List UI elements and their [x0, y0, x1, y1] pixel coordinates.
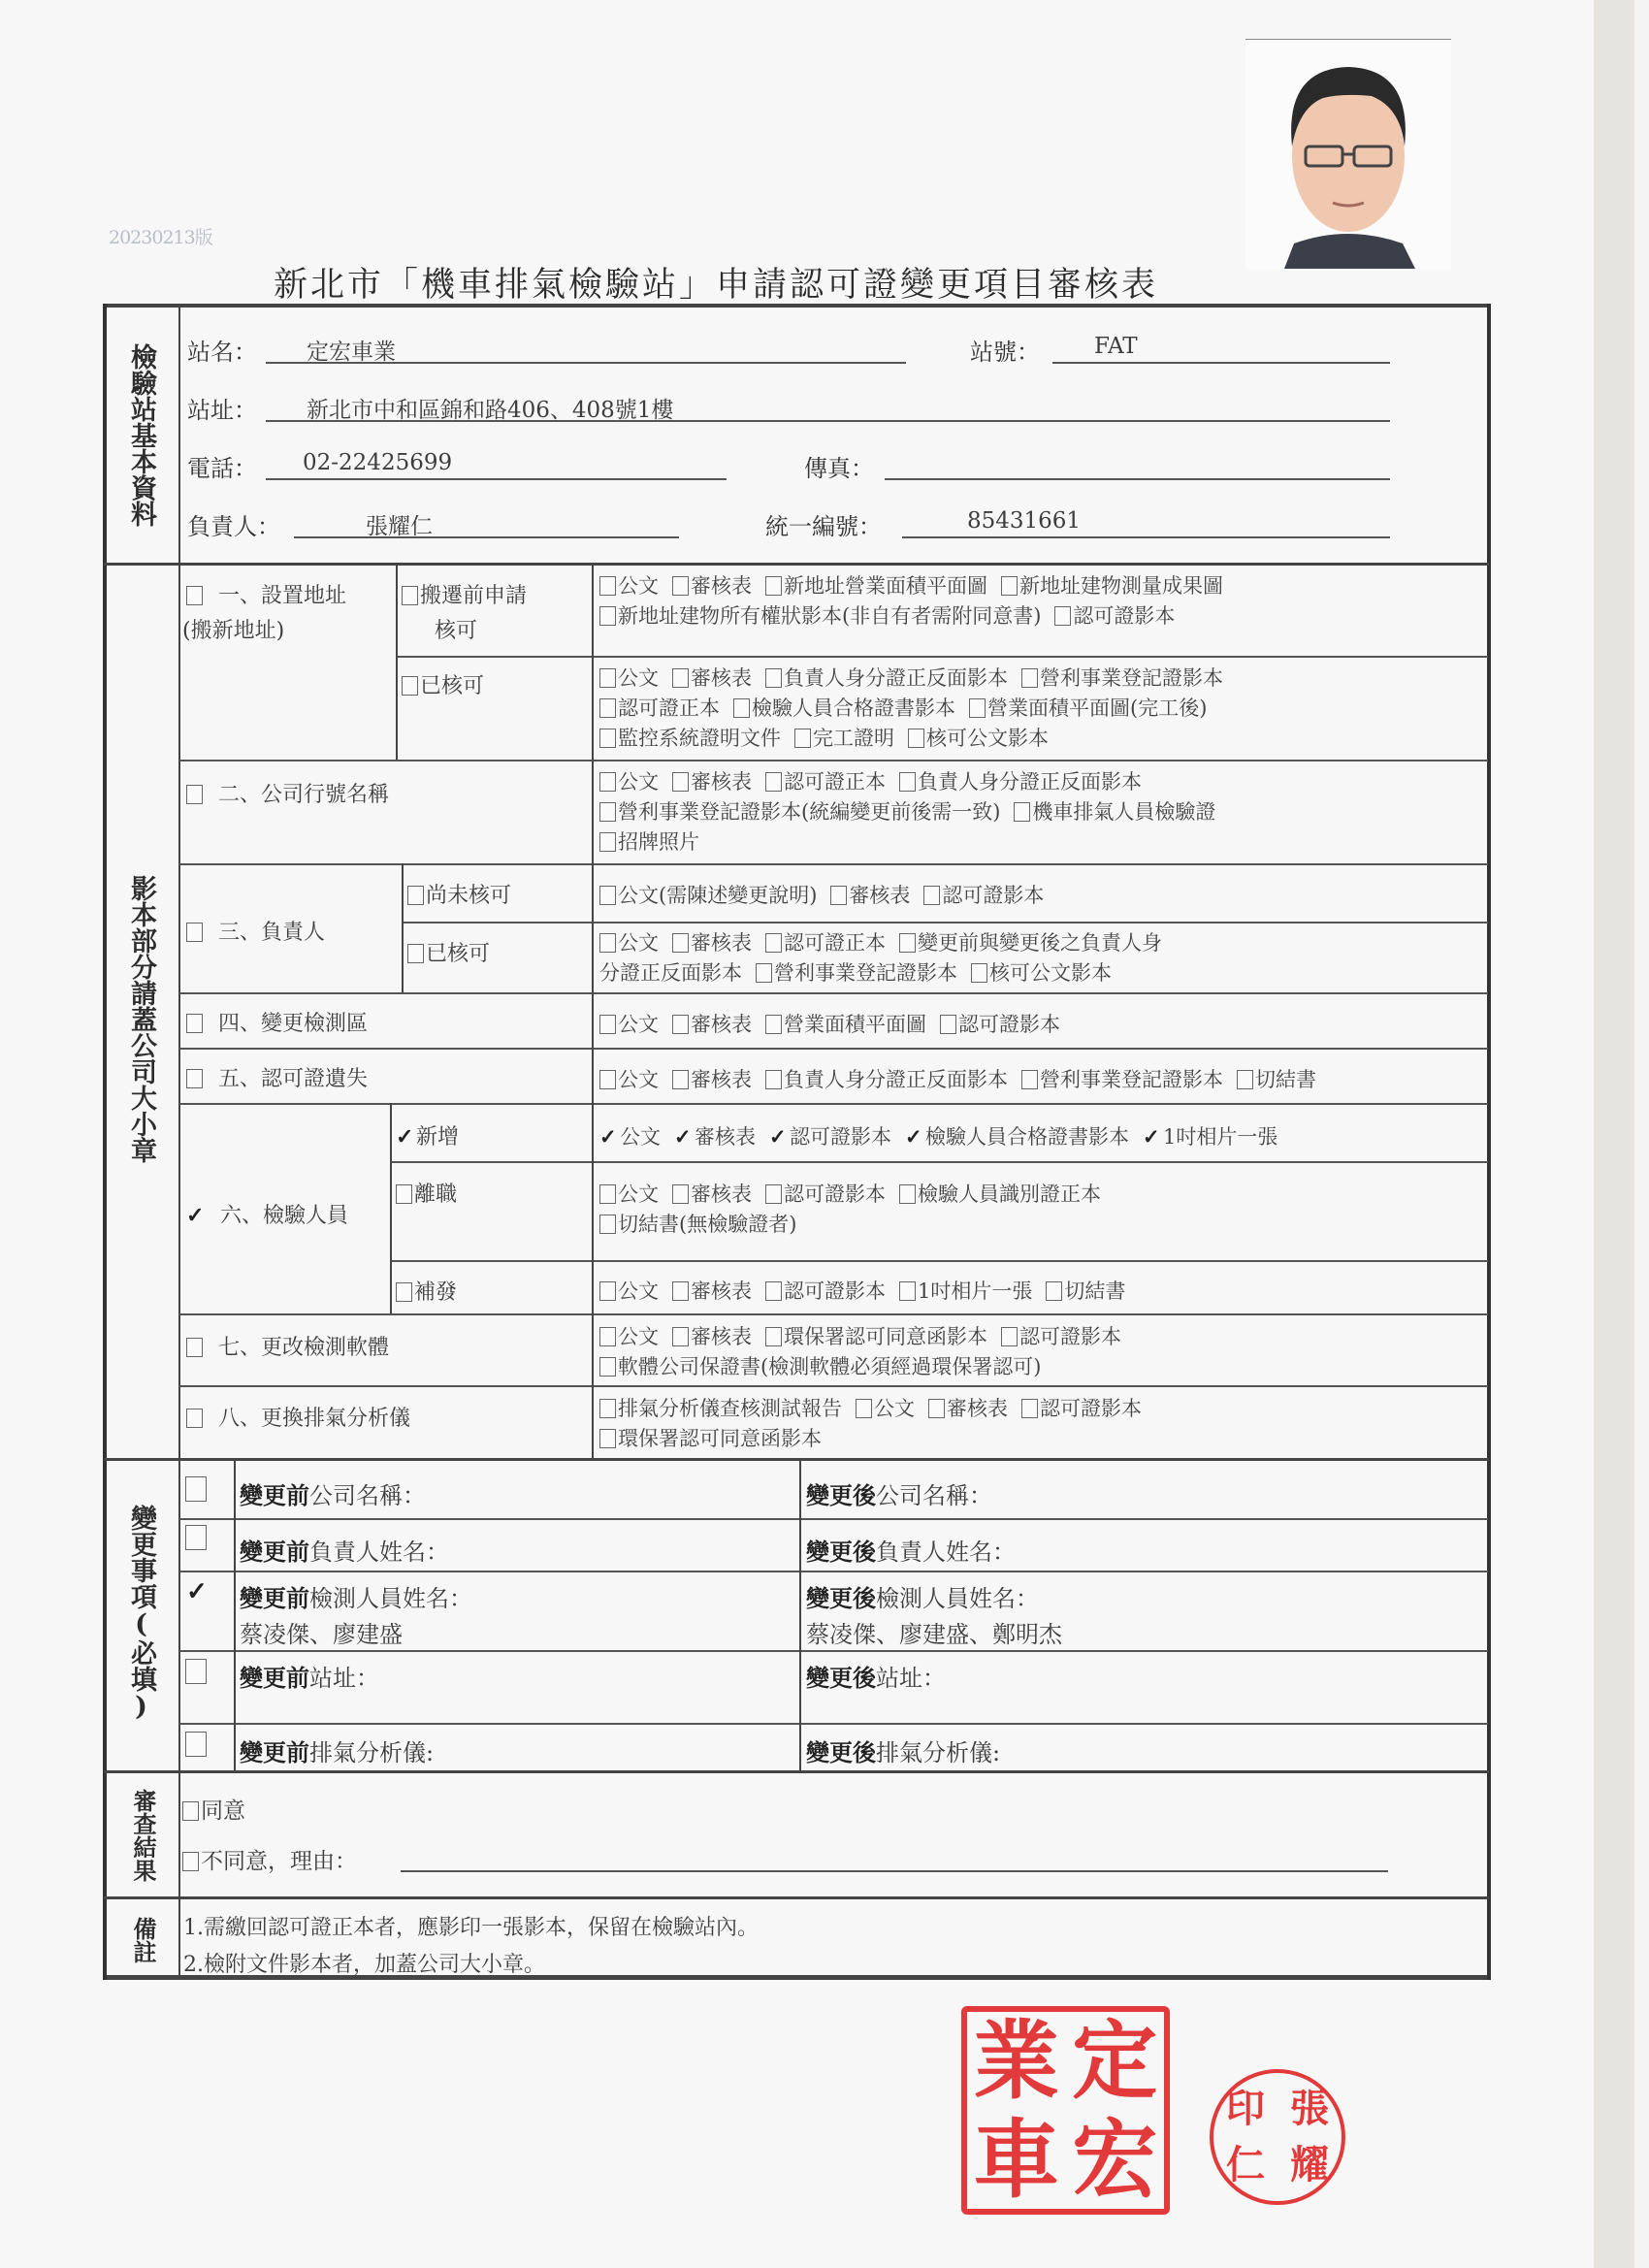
doc-checkbox-item[interactable]: 監控系統證明文件: [599, 727, 781, 750]
doc-label: 公文: [618, 574, 659, 598]
checkbox[interactable]: [599, 1399, 616, 1418]
checkbox[interactable]: [599, 698, 616, 718]
doc-label: 核可公文影本: [989, 961, 1112, 985]
item-6-inspectors[interactable]: ✓ 六、檢驗人員: [186, 1199, 348, 1229]
doc-label: 認可證正本: [784, 931, 886, 955]
change-after-owner[interactable]: 變更後負責人姓名：: [806, 1533, 1016, 1567]
doc-checkbox-item[interactable]: 公文: [599, 1183, 659, 1206]
checkbox[interactable]: [186, 1069, 203, 1088]
doc-label: 切結書: [1255, 1068, 1316, 1091]
doc-label: 審核表: [691, 1013, 752, 1036]
doc-checkbox-item[interactable]: 環保署認可同意函影本: [765, 1325, 987, 1348]
doclist-8: 排氣分析儀查核測試報告公文審核表認可證影本環保署認可同意函影本: [599, 1393, 1155, 1453]
checkbox[interactable]: [899, 933, 916, 953]
doc-checkbox-item[interactable]: 檢驗人員識別證正本: [899, 1183, 1101, 1206]
doc-label: 審核表: [691, 1325, 752, 1348]
doc-checkbox-item[interactable]: 認可證正本: [599, 697, 720, 720]
section-label-basic-info: 檢驗站基本資料: [124, 312, 157, 557]
doc-checkbox-item[interactable]: 公文: [599, 1325, 659, 1348]
doc-label: 公文(需陳述變更說明): [618, 884, 817, 907]
checkbox[interactable]: [899, 1281, 916, 1301]
doc-label: 監控系統證明文件: [618, 727, 781, 750]
checkbox[interactable]: [599, 802, 616, 822]
checkbox[interactable]: [186, 1014, 203, 1033]
doc-checkbox-item[interactable]: 1吋相片一張: [899, 1280, 1032, 1303]
doc-checkbox-item[interactable]: 環保署認可同意函影本: [599, 1427, 822, 1450]
checkbox[interactable]: [1021, 668, 1038, 688]
checkbox[interactable]: [599, 1215, 616, 1234]
doc-label: 檢驗人員合格證書影本: [752, 697, 955, 720]
checkbox[interactable]: [599, 1184, 616, 1204]
doc-checkbox-item[interactable]: ✓檢驗人員合格證書影本: [905, 1125, 1129, 1149]
doc-label: 機車排氣人員檢驗證: [1032, 800, 1215, 824]
doc-line: 招牌照片: [599, 826, 1229, 857]
doclist-1a: 公文審核表新地址營業面積平面圖新地址建物測量成果圖新地址建物所有權狀影本(非自有…: [599, 570, 1237, 631]
doc-label: 負責人身分證正反面影本: [918, 770, 1142, 794]
checkbox[interactable]: [599, 576, 616, 596]
doc-label: 公文: [618, 1325, 659, 1348]
checkbox[interactable]: [733, 698, 750, 718]
checkbox[interactable]: [186, 1338, 203, 1357]
doc-checkbox-item[interactable]: 新地址營業面積平面圖: [765, 574, 987, 598]
doclist-4: 公文審核表營業面積平面圖認可證影本: [599, 1009, 1074, 1039]
doclist-6b: 公文審核表認可證影本檢驗人員識別證正本切結書(無檢驗證者): [599, 1179, 1115, 1239]
checkbox[interactable]: [969, 698, 986, 718]
doc-label: 環保署認可同意函影本: [784, 1325, 987, 1348]
doc-line: 環保署認可同意函影本: [599, 1423, 1155, 1453]
sub-1a-label2: 核可: [435, 614, 477, 644]
item-2-company-name[interactable]: 二、公司行號名稱: [186, 778, 389, 808]
doclist-7: 公文審核表環保署認可同意函影本認可證影本軟體公司保證書(檢測軟體必須經過環保署認…: [599, 1321, 1135, 1381]
doc-checkbox-item[interactable]: 營業面積平面圖(完工後): [969, 697, 1207, 720]
checkbox[interactable]: [599, 1281, 616, 1301]
checkbox[interactable]: [402, 586, 418, 605]
doc-checkbox-item[interactable]: 新地址建物測量成果圖: [1001, 574, 1223, 598]
doc-label: 認可證正本: [784, 770, 886, 794]
doc-checkbox-item[interactable]: 審核表: [672, 931, 752, 955]
change-before-address[interactable]: 變更前站址：: [240, 1659, 379, 1693]
checkbox[interactable]: [599, 729, 616, 748]
checkbox[interactable]: [599, 1327, 616, 1346]
doc-checkbox-item[interactable]: 認可證影本: [923, 884, 1044, 907]
doc-checkbox-item[interactable]: 公文: [856, 1397, 915, 1420]
doc-line: 公文審核表負責人身分證正反面影本營利事業登記證影本: [599, 663, 1237, 693]
checkbox[interactable]: [672, 772, 689, 792]
change-before-owner[interactable]: 變更前負責人姓名：: [240, 1533, 449, 1567]
owner-label: 負責人：: [187, 507, 280, 541]
remark-line-2: 2.檢附文件影本者，加蓋公司大小章。: [183, 1948, 545, 1978]
doc-label: 軟體公司保證書(檢測軟體必須經過環保署認可): [618, 1355, 1041, 1378]
station-no-underline: [1052, 362, 1390, 364]
checkbox[interactable]: [908, 729, 924, 748]
doc-checkbox-item[interactable]: 營利事業登記證影本: [1021, 666, 1223, 690]
doc-checkbox-item[interactable]: 切結書: [1237, 1068, 1316, 1091]
change-before-inspectors-value[interactable]: 蔡凌傑、廖建盛: [240, 1615, 403, 1649]
checkbox[interactable]: [856, 1399, 872, 1418]
doc-checkbox-item[interactable]: 核可公文影本: [908, 727, 1049, 750]
doc-checkbox-item[interactable]: 分證正反面影本: [599, 961, 742, 985]
doc-label: 檢驗人員合格證書影本: [925, 1125, 1129, 1149]
checkbox[interactable]: [1021, 1399, 1038, 1418]
station-no-label: 站號：: [970, 333, 1040, 367]
doc-label: 審核表: [691, 770, 752, 794]
checkmark-icon[interactable]: ✓: [674, 1124, 691, 1149]
doc-label: 公文: [618, 1183, 659, 1206]
checkbox[interactable]: [765, 576, 782, 596]
checkbox[interactable]: [186, 1409, 203, 1428]
doc-label: 認可證影本: [784, 1183, 886, 1206]
checkbox[interactable]: [672, 1327, 689, 1346]
item-1-setup-address[interactable]: 一、設置地址: [186, 579, 346, 609]
doc-label: 審核表: [947, 1397, 1008, 1420]
doc-label: 審核表: [691, 574, 752, 598]
doc-checkbox-item[interactable]: 招牌照片: [599, 830, 699, 854]
sub-1a-before-move[interactable]: 搬遷前申請: [402, 579, 527, 609]
doc-checkbox-item[interactable]: ✓1吋相片一張: [1143, 1125, 1277, 1149]
doc-label: 審核表: [691, 1068, 752, 1091]
checkmark-icon[interactable]: ✓: [186, 1577, 208, 1606]
form-version: 20230213版: [109, 223, 212, 249]
doc-checkbox-item[interactable]: 審核表: [830, 884, 910, 907]
sub-6b-resign[interactable]: 離職: [396, 1178, 457, 1208]
checkbox[interactable]: [765, 1015, 782, 1034]
checkbox[interactable]: [407, 886, 424, 905]
doc-label: 新地址營業面積平面圖: [784, 574, 987, 598]
change-after-inspectors[interactable]: 變更後檢測人員姓名：: [806, 1579, 1039, 1613]
doc-checkbox-item[interactable]: 公文: [599, 770, 659, 794]
review-agree[interactable]: 同意: [182, 1793, 245, 1825]
checkbox[interactable]: [765, 772, 782, 792]
doc-label: 認可證影本: [790, 1125, 891, 1149]
doc-label: 審核表: [691, 666, 752, 690]
item-7-software[interactable]: 七、更改檢測軟體: [186, 1331, 389, 1361]
doclist-3b: 公文審核表認可證正本變更前與變更後之負責人身分證正反面影本營利事業登記證影本核可…: [599, 927, 1176, 988]
checkbox[interactable]: [1021, 1070, 1038, 1089]
checkbox[interactable]: [182, 1801, 199, 1821]
checkbox[interactable]: [599, 1070, 616, 1089]
doc-checkbox-item[interactable]: 機車排氣人員檢驗證: [1014, 800, 1215, 824]
checkbox[interactable]: [899, 1184, 916, 1204]
doc-label: 認可證影本: [1073, 604, 1175, 628]
doc-label: 認可證影本: [958, 1013, 1060, 1036]
doc-label: 審核表: [691, 1183, 752, 1206]
doc-label: 公文: [618, 1013, 659, 1036]
checkbox[interactable]: [672, 1070, 689, 1089]
doclist-5: 公文審核表負責人身分證正反面影本營利事業登記證影本切結書: [599, 1064, 1330, 1094]
doc-checkbox-item[interactable]: 完工證明: [794, 727, 894, 750]
checkbox[interactable]: [182, 1852, 199, 1871]
page-title: 新北市「機車排氣檢驗站」申請認可證變更項目審核表: [274, 258, 1158, 307]
doc-label: 認可證影本: [942, 884, 1044, 907]
doc-checkbox-item[interactable]: 排氣分析儀查核測試報告: [599, 1397, 842, 1420]
sub-1b-approved[interactable]: 已核可: [402, 669, 484, 699]
doc-label: 公文: [618, 931, 659, 955]
sub-6a-add[interactable]: ✓新增: [396, 1120, 459, 1150]
doc-checkbox-item[interactable]: 公文: [599, 1068, 659, 1091]
doc-checkbox-item[interactable]: 審核表: [672, 1325, 752, 1348]
doclist-2: 公文審核表認可證正本負責人身分證正反面影本營利事業登記證影本(統編變更前後需一致…: [599, 766, 1229, 857]
checkbox[interactable]: [940, 1015, 956, 1034]
phone-label: 電話：: [187, 449, 257, 483]
doc-line: 公文(需陳述變更說明)審核表認可證影本: [599, 880, 1057, 910]
doc-checkbox-item[interactable]: 營利事業登記證影本: [1021, 1068, 1223, 1091]
section-label-copies: 影本部分請蓋公司大小章: [124, 825, 157, 1213]
doc-label: 切結書: [1064, 1280, 1125, 1303]
doc-label: 新地址建物所有權狀影本(非自有者需附同意書): [618, 604, 1041, 628]
doc-line: 公文審核表環保署認可同意函影本認可證影本: [599, 1321, 1135, 1351]
doc-checkbox-item[interactable]: 認可證正本: [765, 770, 886, 794]
doc-checkbox-item[interactable]: 審核表: [928, 1397, 1008, 1420]
doc-label: 公文: [618, 1280, 659, 1303]
doc-label: 審核表: [691, 931, 752, 955]
checkbox[interactable]: [1001, 1327, 1018, 1346]
doc-label: 認可證正本: [618, 697, 720, 720]
doc-checkbox-item[interactable]: 軟體公司保證書(檢測軟體必須經過環保署認可): [599, 1355, 1041, 1378]
doc-checkbox-item[interactable]: 公文: [599, 1280, 659, 1303]
doc-checkbox-item[interactable]: 審核表: [672, 574, 752, 598]
sub-6c-reissue[interactable]: 補發: [396, 1276, 457, 1306]
change-row-checkbox-company[interactable]: [185, 1476, 207, 1502]
checkbox[interactable]: [756, 963, 772, 983]
checkmark-icon[interactable]: ✓: [396, 1124, 412, 1150]
phone-value[interactable]: 02-22425699: [303, 450, 452, 475]
doc-label: 公文: [618, 666, 659, 690]
checkbox[interactable]: [599, 1015, 616, 1034]
checkbox[interactable]: [923, 886, 940, 905]
change-after-inspectors-value[interactable]: 蔡凌傑、廖建盛、鄭明杰: [806, 1615, 1062, 1649]
checkbox[interactable]: [672, 668, 689, 688]
doc-label: 審核表: [691, 1280, 752, 1303]
checkbox[interactable]: [186, 923, 203, 942]
doc-checkbox-item[interactable]: 認可證影本: [765, 1183, 886, 1206]
doc-label: 營業面積平面圖(完工後): [987, 697, 1207, 720]
doc-label: 公文: [618, 770, 659, 794]
change-after-address[interactable]: 變更後站址：: [806, 1659, 946, 1693]
checkbox[interactable]: [830, 886, 847, 905]
checkbox[interactable]: [672, 1281, 689, 1301]
doc-checkbox-item[interactable]: 營利事業登記證影本: [756, 961, 957, 985]
doc-label: 營利事業登記證影本: [1040, 666, 1223, 690]
doc-line: 公文審核表營業面積平面圖認可證影本: [599, 1009, 1074, 1039]
checkbox[interactable]: [899, 772, 916, 792]
tax-id-underline: [902, 536, 1390, 538]
doc-line: 軟體公司保證書(檢測軟體必須經過環保署認可): [599, 1351, 1135, 1381]
checkmark-icon[interactable]: ✓: [905, 1124, 921, 1149]
doclist-3a: 公文(需陳述變更說明)審核表認可證影本: [599, 880, 1057, 910]
checkbox[interactable]: [765, 1070, 782, 1089]
checkbox[interactable]: [1001, 576, 1018, 596]
station-name-underline: [266, 362, 906, 364]
item-8-analyzer[interactable]: 八、更換排氣分析儀: [186, 1402, 410, 1432]
review-reason-underline: [401, 1870, 1388, 1872]
doc-label: 環保署認可同意函影本: [618, 1427, 822, 1450]
doc-label: 公文: [620, 1125, 661, 1149]
doc-label: 切結書(無檢驗證者): [618, 1213, 796, 1236]
doc-checkbox-item[interactable]: 營業面積平面圖: [765, 1013, 926, 1036]
doc-checkbox-item[interactable]: ✓公文: [599, 1125, 661, 1149]
doc-checkbox-item[interactable]: 公文: [599, 931, 659, 955]
checkbox[interactable]: [1046, 1281, 1062, 1301]
doc-label: 負責人身分證正反面影本: [784, 1068, 1008, 1091]
doc-checkbox-item[interactable]: 審核表: [672, 770, 752, 794]
doc-checkbox-item[interactable]: 審核表: [672, 1068, 752, 1091]
doc-checkbox-item[interactable]: 審核表: [672, 1013, 752, 1036]
doc-checkbox-item[interactable]: 審核表: [672, 1280, 752, 1303]
checkbox[interactable]: [1237, 1070, 1253, 1089]
phone-underline: [266, 478, 727, 480]
doc-checkbox-item[interactable]: 認可證影本: [1021, 1397, 1142, 1420]
item-5-cert-lost[interactable]: 五、認可證遺失: [186, 1062, 368, 1092]
checkbox[interactable]: [672, 1184, 689, 1204]
doc-checkbox-item[interactable]: 公文: [599, 1013, 659, 1036]
tax-id-value[interactable]: 85431661: [967, 508, 1081, 534]
checkbox[interactable]: [765, 1184, 782, 1204]
checkbox[interactable]: [1054, 606, 1071, 626]
doc-label: 檢驗人員識別證正本: [918, 1183, 1101, 1206]
section-label-remarks: 備註: [124, 1909, 157, 1971]
doclist-6a: ✓公文✓審核表✓認可證影本✓檢驗人員合格證書影本✓1吋相片一張: [599, 1121, 1291, 1151]
checkbox[interactable]: [599, 1429, 616, 1448]
station-no-value[interactable]: FAT: [1094, 334, 1138, 359]
sub-3a-not-approved[interactable]: 尚未核可: [407, 879, 511, 909]
checkbox[interactable]: [599, 606, 616, 626]
checkmark-icon[interactable]: ✓: [186, 1203, 203, 1228]
doc-label: 營業面積平面圖: [784, 1013, 926, 1036]
doc-checkbox-item[interactable]: 審核表: [672, 1183, 752, 1206]
checkbox[interactable]: [599, 772, 616, 792]
doc-checkbox-item[interactable]: 審核表: [672, 666, 752, 690]
company-seal: 業 定 車 宏: [961, 2006, 1170, 2215]
doc-line: 認可證正本檢驗人員合格證書影本營業面積平面圖(完工後): [599, 693, 1237, 723]
doc-checkbox-item[interactable]: 公文(需陳述變更說明): [599, 884, 817, 907]
checkbox[interactable]: [599, 886, 616, 905]
checkbox[interactable]: [794, 729, 811, 748]
checkbox[interactable]: [1014, 802, 1030, 822]
doc-line: ✓公文✓審核表✓認可證影本✓檢驗人員合格證書影本✓1吋相片一張: [599, 1121, 1291, 1151]
doc-line: 公文審核表新地址營業面積平面圖新地址建物測量成果圖: [599, 570, 1237, 600]
checkbox[interactable]: [971, 963, 987, 983]
doc-checkbox-item[interactable]: 檢驗人員合格證書影本: [733, 697, 955, 720]
checkbox[interactable]: [186, 586, 203, 605]
checkbox[interactable]: [599, 1357, 616, 1377]
checkbox[interactable]: [765, 933, 782, 953]
checkbox[interactable]: [672, 933, 689, 953]
doc-line: 分證正反面影本營利事業登記證影本核可公文影本: [599, 957, 1176, 988]
doc-label: 審核表: [849, 884, 910, 907]
sub-3b-approved[interactable]: 已核可: [407, 937, 490, 967]
doc-checkbox-item[interactable]: 新地址建物所有權狀影本(非自有者需附同意書): [599, 604, 1041, 628]
change-before-company[interactable]: 變更前公司名稱：: [240, 1476, 426, 1510]
checkbox[interactable]: [765, 668, 782, 688]
change-before-analyzer[interactable]: 變更前排氣分析儀:: [240, 1733, 434, 1767]
change-after-analyzer[interactable]: 變更後排氣分析儀:: [806, 1733, 1000, 1767]
doc-checkbox-item[interactable]: 認可證影本: [940, 1013, 1060, 1036]
doc-label: 負責人身分證正反面影本: [784, 666, 1008, 690]
doclist-6c: 公文審核表認可證影本1吋相片一張切結書: [599, 1276, 1139, 1306]
doc-line: 排氣分析儀查核測試報告公文審核表認可證影本: [599, 1393, 1155, 1423]
checkmark-icon[interactable]: ✓: [769, 1124, 786, 1149]
doc-label: 1吋相片一張: [1163, 1125, 1277, 1149]
change-row-checkbox-analyzer[interactable]: [185, 1732, 207, 1757]
change-row-checkbox-owner[interactable]: [185, 1525, 207, 1550]
checkbox[interactable]: [396, 1184, 412, 1204]
doc-checkbox-item[interactable]: 營利事業登記證影本(統編變更前後需一致): [599, 800, 1000, 824]
doc-label: 認可證影本: [1019, 1325, 1121, 1348]
doc-checkbox-item[interactable]: ✓認可證影本: [769, 1125, 891, 1149]
doc-checkbox-item[interactable]: 切結書(無檢驗證者): [599, 1213, 796, 1236]
checkbox[interactable]: [928, 1399, 945, 1418]
doc-label: 營利事業登記證影本(統編變更前後需一致): [618, 800, 1000, 824]
change-row-checkbox-address[interactable]: [185, 1659, 207, 1684]
doc-checkbox-item[interactable]: 認可證正本: [765, 931, 886, 955]
doc-checkbox-item[interactable]: 負責人身分證正反面影本: [765, 666, 1008, 690]
checkmark-icon[interactable]: ✓: [1143, 1124, 1159, 1149]
doc-label: 1吋相片一張: [918, 1280, 1032, 1303]
doc-line: 切結書(無檢驗證者): [599, 1209, 1115, 1239]
change-before-inspectors[interactable]: 變更前檢測人員姓名：: [240, 1579, 472, 1613]
review-disagree[interactable]: 不同意，理由：: [182, 1843, 357, 1875]
checkbox[interactable]: [672, 1015, 689, 1034]
personal-seal: 印 張 仁 耀: [1210, 2069, 1345, 2205]
checkbox[interactable]: [396, 1282, 412, 1302]
doc-label: 認可證影本: [1040, 1397, 1142, 1420]
checkbox[interactable]: [765, 1327, 782, 1346]
checkbox[interactable]: [186, 785, 203, 804]
checkbox[interactable]: [765, 1281, 782, 1301]
item-4-test-area[interactable]: 四、變更檢測區: [186, 1007, 368, 1037]
item-1-sublabel: (搬新地址): [182, 614, 284, 644]
doc-checkbox-item[interactable]: 認可證影本: [765, 1280, 886, 1303]
doc-label: 新地址建物測量成果圖: [1019, 574, 1223, 598]
doclist-1b: 公文審核表負責人身分證正反面影本營利事業登記證影本認可證正本檢驗人員合格證書影本…: [599, 663, 1237, 753]
doc-line: 公文審核表認可證正本變更前與變更後之負責人身: [599, 927, 1176, 957]
doc-label: 完工證明: [813, 727, 894, 750]
doc-checkbox-item[interactable]: 切結書: [1046, 1280, 1125, 1303]
applicant-photo: [1245, 39, 1451, 269]
change-after-company[interactable]: 變更後公司名稱：: [806, 1476, 992, 1510]
doc-label: 認可證影本: [784, 1280, 886, 1303]
doc-label: 公文: [874, 1397, 915, 1420]
doc-checkbox-item[interactable]: 認可證影本: [1001, 1325, 1121, 1348]
checkbox[interactable]: [407, 944, 424, 963]
remark-line-1: 1.需繳回認可證正本者，應影印一張影本，保留在檢驗站內。: [183, 1911, 759, 1941]
checkbox[interactable]: [402, 676, 418, 696]
checkbox[interactable]: [672, 576, 689, 596]
checkmark-icon[interactable]: ✓: [599, 1124, 616, 1149]
doc-checkbox-item[interactable]: 核可公文影本: [971, 961, 1112, 985]
doc-line: 新地址建物所有權狀影本(非自有者需附同意書)認可證影本: [599, 600, 1237, 631]
doc-line: 公文審核表負責人身分證正反面影本營利事業登記證影本切結書: [599, 1064, 1330, 1094]
owner-underline: [294, 536, 679, 538]
doc-checkbox-item[interactable]: 負責人身分證正反面影本: [765, 1068, 1008, 1091]
address-label: 站址：: [187, 391, 257, 425]
fax-label: 傳真：: [804, 449, 874, 483]
doc-checkbox-item[interactable]: 認可證影本: [1054, 604, 1175, 628]
checkbox[interactable]: [599, 668, 616, 688]
checkbox[interactable]: [599, 832, 616, 852]
person-photo-icon: [1245, 40, 1451, 269]
doc-label: 分證正反面影本: [599, 961, 742, 985]
doc-checkbox-item[interactable]: ✓審核表: [674, 1125, 756, 1149]
item-3-owner[interactable]: 三、負責人: [186, 916, 325, 946]
doc-label: 變更前與變更後之負責人身: [918, 931, 1162, 955]
doc-checkbox-item[interactable]: 公文: [599, 574, 659, 598]
doc-label: 審核表: [695, 1125, 756, 1149]
doc-checkbox-item[interactable]: 公文: [599, 666, 659, 690]
doc-checkbox-item[interactable]: 負責人身分證正反面影本: [899, 770, 1142, 794]
checkbox[interactable]: [599, 933, 616, 953]
doc-checkbox-item[interactable]: 變更前與變更後之負責人身: [899, 931, 1162, 955]
